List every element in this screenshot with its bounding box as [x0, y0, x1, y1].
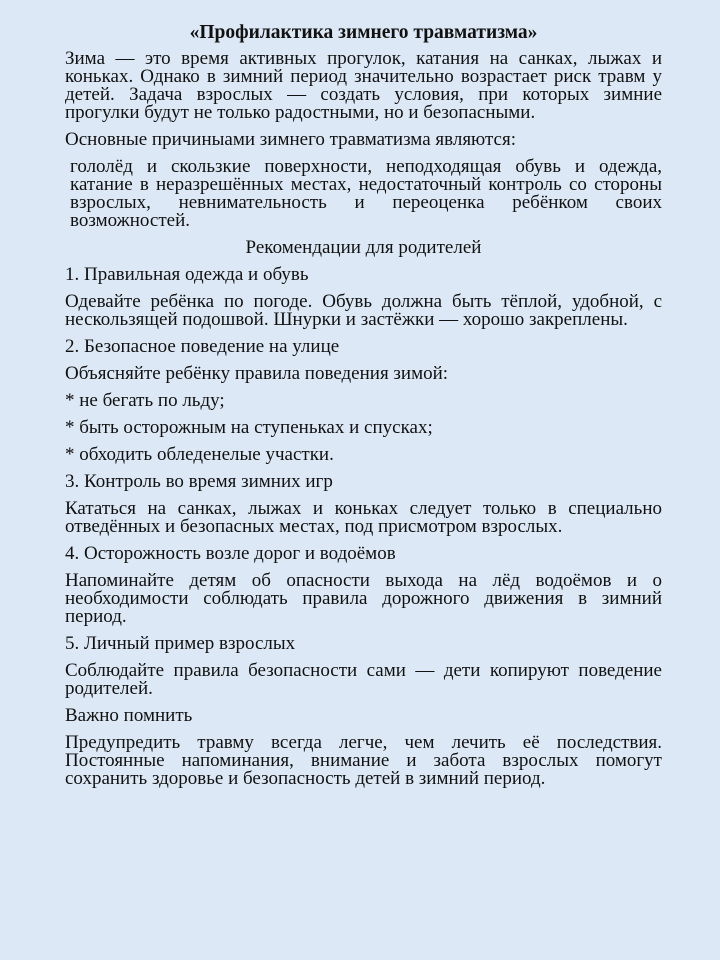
section-personal-example: 5. Личный пример взрослых Соблюдайте пра… [65, 635, 662, 698]
section-winter-games: 3. Контроль во время зимних игр Кататься… [65, 473, 662, 536]
bullet-item: * не бегать по льду; [65, 392, 662, 410]
conclusion-heading: Важно помнить [65, 707, 662, 725]
intro-paragraph: Зима — это время активных прогулок, ката… [65, 50, 662, 122]
bullet-item: * обходить обледенелые участки. [65, 446, 662, 464]
causes-heading: Основные причиныами зимнего травматизма … [65, 131, 662, 149]
section-roads-water: 4. Осторожность возле дорог и водоёмов Н… [65, 545, 662, 626]
section-heading: 4. Осторожность возле дорог и водоёмов [65, 545, 662, 563]
section-heading: 2. Безопасное поведение на улице [65, 338, 662, 356]
causes-paragraph: гололёд и скользкие поверхности, неподхо… [65, 158, 662, 230]
recommendations-heading: Рекомендации для родителей [65, 239, 662, 257]
section-text: Кататься на санках, лыжах и коньках след… [65, 500, 662, 536]
document-content: «Профилактика зимнего травматизма» Зима … [65, 22, 662, 797]
section-heading: 3. Контроль во время зимних игр [65, 473, 662, 491]
conclusion-paragraph: Предупредить травму всегда легче, чем ле… [65, 734, 662, 788]
section-heading: 5. Личный пример взрослых [65, 635, 662, 653]
document-page: «Профилактика зимнего травматизма» Зима … [0, 0, 720, 960]
section-street-behavior: 2. Безопасное поведение на улице Объясня… [65, 338, 662, 464]
document-title: «Профилактика зимнего травматизма» [65, 22, 662, 44]
bullet-item: * быть осторожным на ступеньках и спуска… [65, 419, 662, 437]
section-text: Соблюдайте правила безопасности сами — д… [65, 662, 662, 698]
section-text: Напоминайте детям об опасности выхода на… [65, 572, 662, 626]
section-text: Объясняйте ребёнку правила поведения зим… [65, 365, 662, 383]
section-clothing: 1. Правильная одежда и обувь Одевайте ре… [65, 266, 662, 329]
section-heading: 1. Правильная одежда и обувь [65, 266, 662, 284]
section-text: Одевайте ребёнка по погоде. Обувь должна… [65, 293, 662, 329]
